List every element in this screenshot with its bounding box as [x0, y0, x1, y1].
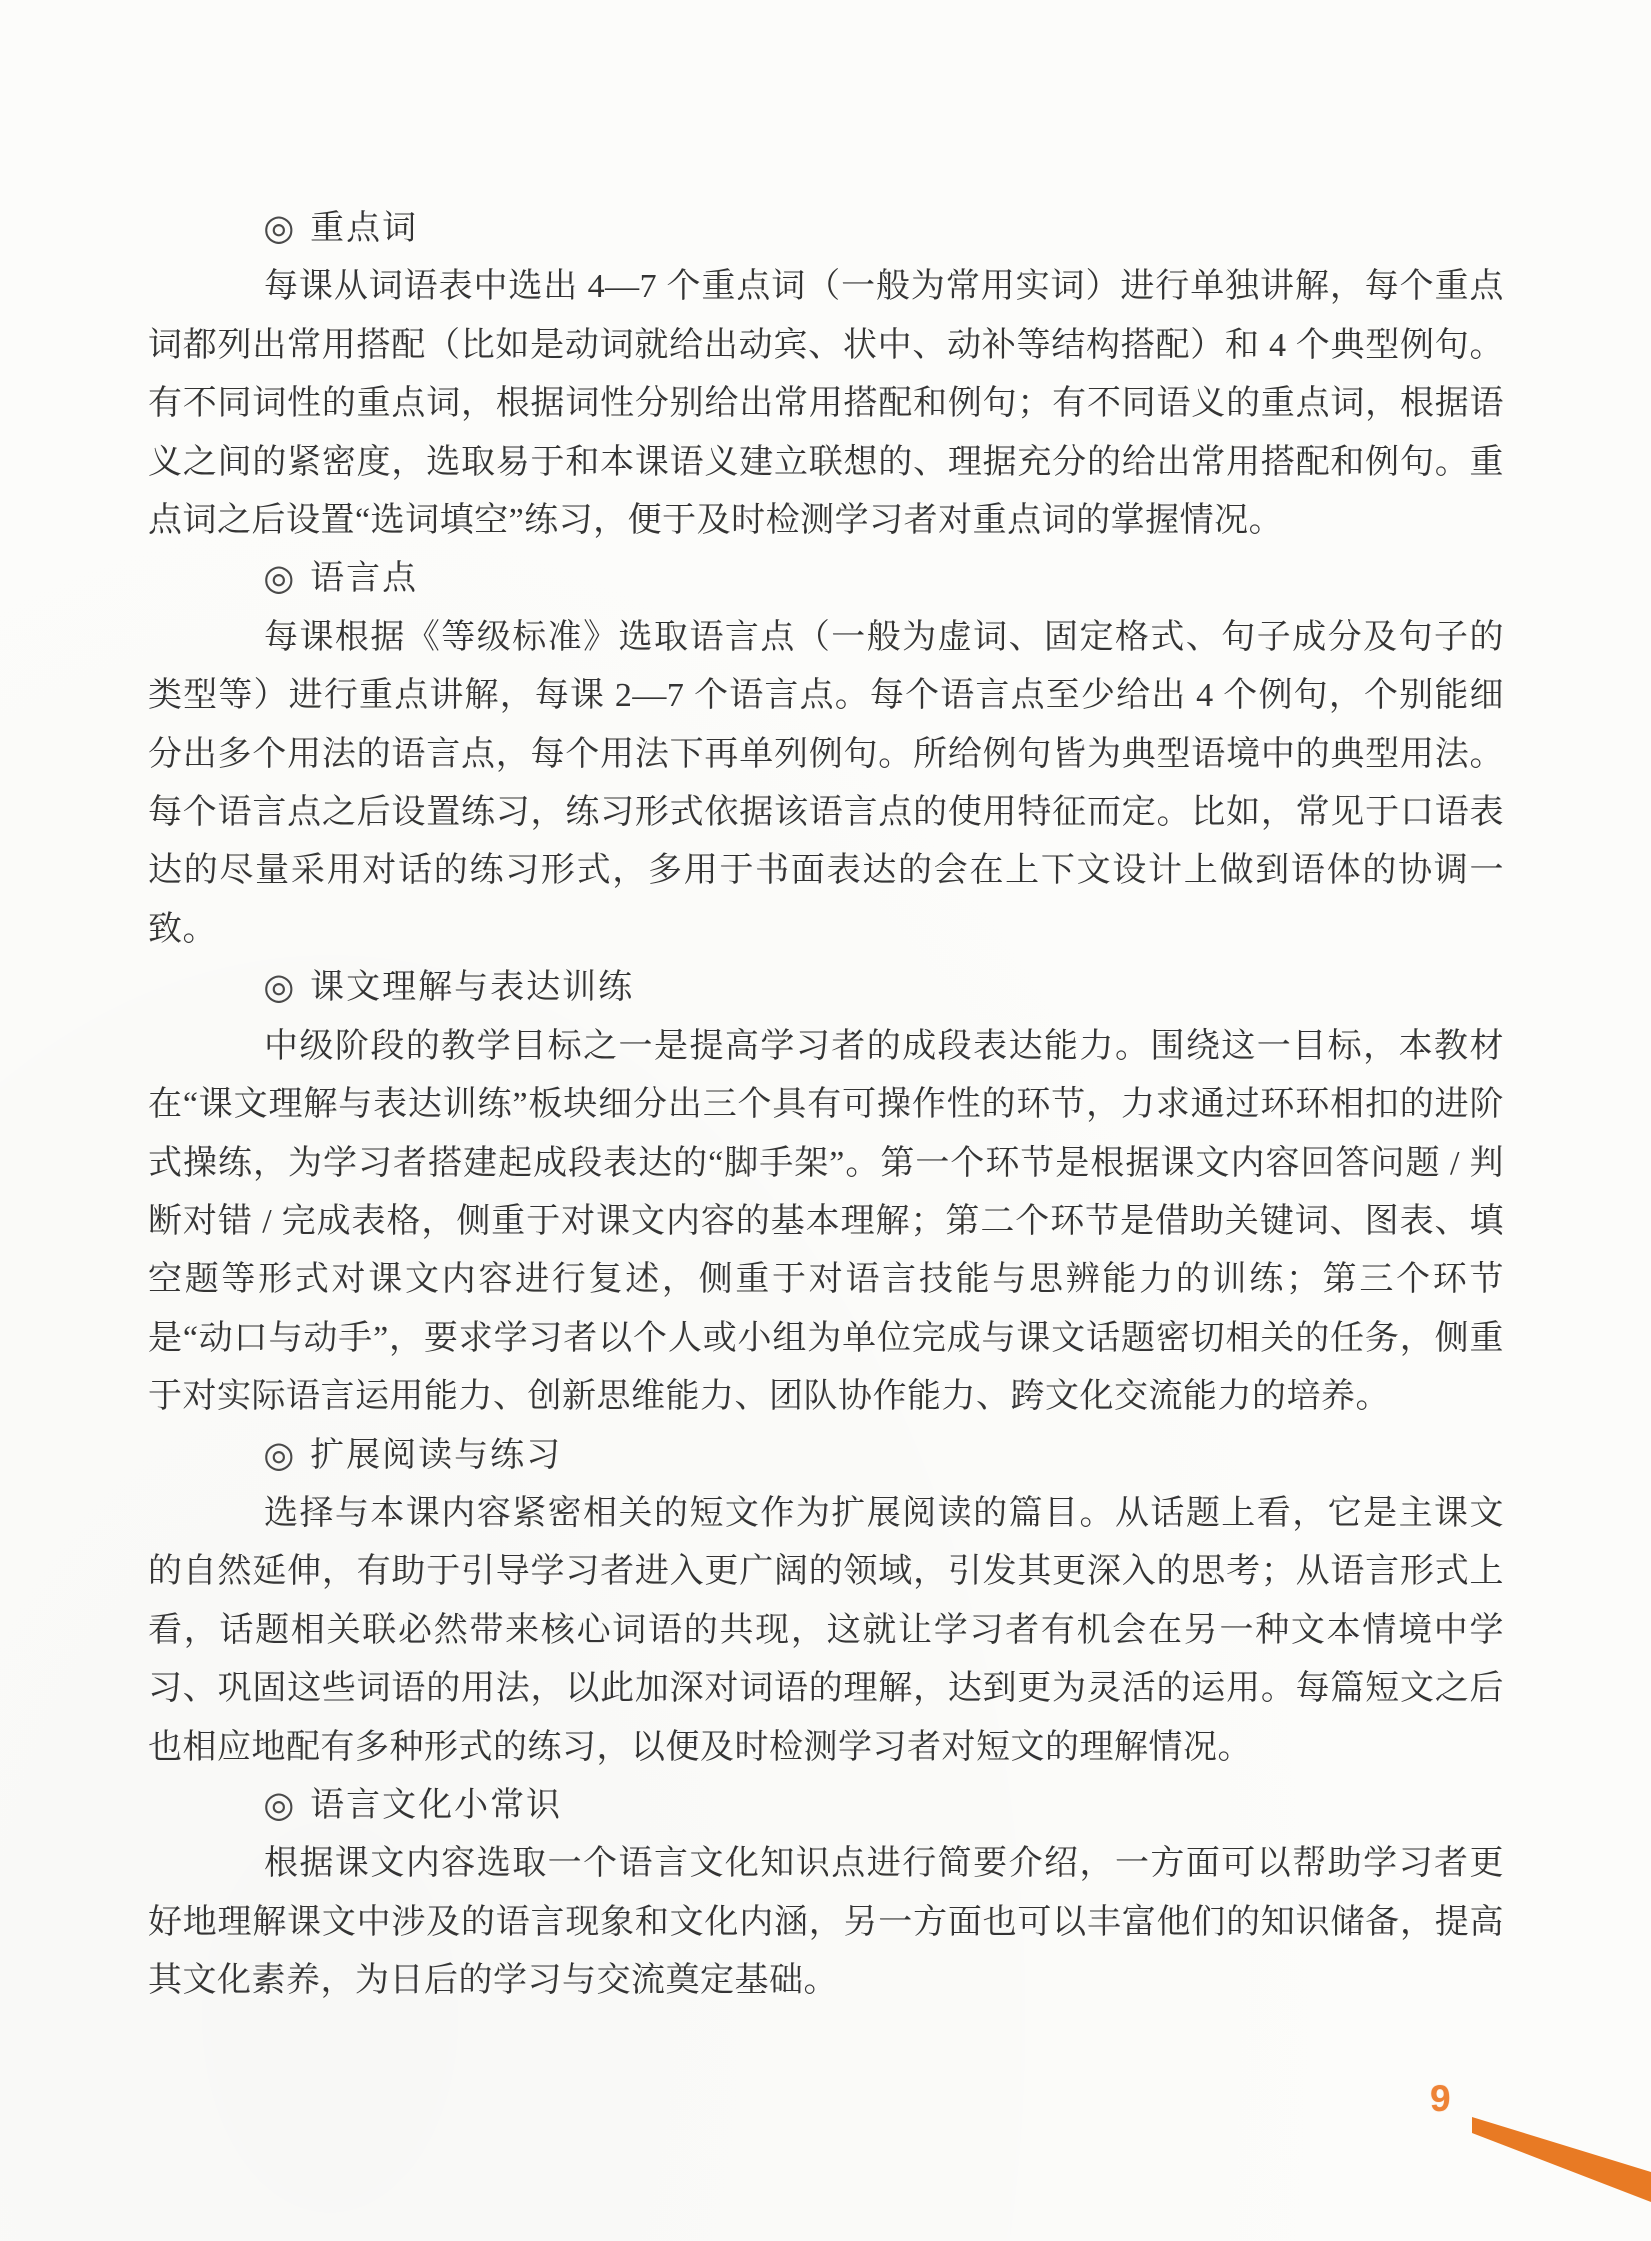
scanned-book-page: ◎重点词 每课从词语表中选出 4—7 个重点词（一般为常用实词）进行单独讲解，每…: [0, 0, 1651, 2241]
section-heading: ◎重点词: [148, 200, 1504, 258]
section-culture-notes: ◎语言文化小常识 根据课文内容选取一个语言文化知识点进行简要介绍，一方面可以帮助…: [148, 1777, 1504, 2011]
double-circle-bullet-icon: ◎: [263, 549, 295, 610]
section-paragraph: 中级阶段的教学目标之一是提高学习者的成段表达能力。围绕这一目标，本教材在“课文理…: [148, 1018, 1504, 1427]
section-title: 课文理解与表达训练: [310, 969, 634, 1006]
section-title: 语言点: [310, 560, 418, 597]
section-extended-reading: ◎扩展阅读与练习 选择与本课内容紧密相关的短文作为扩展阅读的篇目。从话题上看，它…: [148, 1427, 1504, 1777]
section-heading: ◎语言文化小常识: [148, 1777, 1504, 1835]
section-heading: ◎语言点: [148, 550, 1504, 608]
page-text-block: ◎重点词 每课从词语表中选出 4—7 个重点词（一般为常用实词）进行单独讲解，每…: [148, 200, 1504, 2011]
section-title: 扩展阅读与练习: [310, 1437, 562, 1474]
section-title: 语言文化小常识: [310, 1787, 562, 1824]
section-paragraph: 根据课文内容选取一个语言文化知识点进行简要介绍，一方面可以帮助学习者更好地理解课…: [148, 1835, 1504, 2010]
double-circle-bullet-icon: ◎: [263, 1425, 295, 1486]
section-paragraph: 选择与本课内容紧密相关的短文作为扩展阅读的篇目。从话题上看，它是主课文的自然延伸…: [148, 1485, 1504, 1777]
section-language-points: ◎语言点 每课根据《等级标准》选取语言点（一般为虚词、固定格式、句子成分及句子的…: [148, 550, 1504, 959]
section-paragraph: 每课根据《等级标准》选取语言点（一般为虚词、固定格式、句子成分及句子的类型等）进…: [148, 609, 1504, 959]
page-number: 9: [1430, 2078, 1451, 2120]
section-paragraph: 每课从词语表中选出 4—7 个重点词（一般为常用实词）进行单独讲解，每个重点词都…: [148, 258, 1504, 550]
section-heading: ◎课文理解与表达训练: [148, 959, 1504, 1017]
double-circle-bullet-icon: ◎: [263, 958, 295, 1019]
double-circle-bullet-icon: ◎: [263, 1776, 295, 1837]
section-title: 重点词: [310, 210, 418, 247]
section-text-comprehension: ◎课文理解与表达训练 中级阶段的教学目标之一是提高学习者的成段表达能力。围绕这一…: [148, 959, 1504, 1426]
section-key-words: ◎重点词 每课从词语表中选出 4—7 个重点词（一般为常用实词）进行单独讲解，每…: [148, 200, 1504, 550]
double-circle-bullet-icon: ◎: [263, 199, 295, 260]
corner-ribbon-graphic: [1460, 2100, 1651, 2241]
section-heading: ◎扩展阅读与练习: [148, 1427, 1504, 1485]
